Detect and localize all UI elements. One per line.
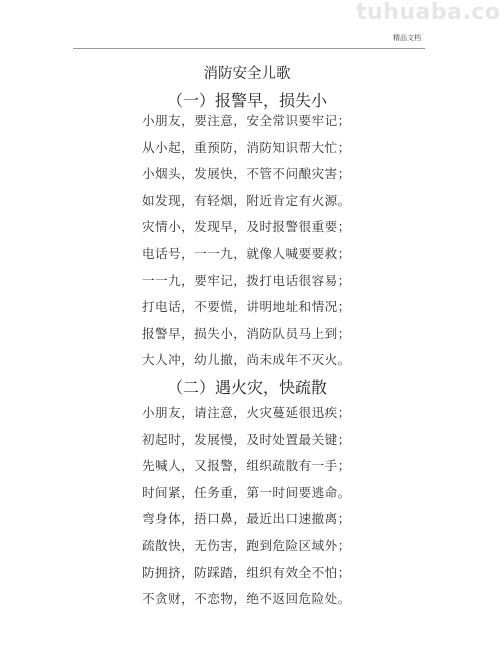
poem-line: 从小起，重预防，消防知识帮大忙； (142, 135, 382, 162)
poem-line: 一一九，要牢记，拨打电话很容易； (142, 268, 382, 295)
poem-line: 灾情小，发现早，及时报警很重要； (142, 214, 382, 241)
poem-line: 小朋友，要注意，安全常识要牢记； (142, 108, 382, 135)
poem-line: 弯身体，捂口鼻，最近出口速撤离； (142, 506, 382, 533)
poem-line: 打电话，不要慌，讲明地址和情况； (142, 294, 382, 321)
poem-line: 小朋友，请注意，火灾蔓延很迅疾； (142, 400, 382, 427)
poem-line: 电话号，一一九，就像人喊要要救； (142, 241, 382, 268)
poem-line: 时间紧，任务重，第一时间要逃命。 (142, 480, 382, 507)
poem-line: 小烟头，发展快，不管不问酿灾害； (142, 161, 382, 188)
poem-section-1: 小朋友，要注意，安全常识要牢记； 从小起，重预防，消防知识帮大忙； 小烟头，发展… (142, 108, 382, 374)
poem-line: 先喊人，又报警，组织疏散有一手； (142, 453, 382, 480)
poem-line: 如发现，有轻烟，附近肯定有火源。 (142, 188, 382, 215)
watermark-text: tuhuaba.com (356, 0, 500, 26)
poem-section-2: 小朋友，请注意，火灾蔓延很迅疾； 初起时，发展慢，及时处置最关键； 先喊人，又报… (142, 400, 382, 613)
poem-line: 疏散快，无伤害，跑到危险区域外； (142, 533, 382, 560)
poem-line: 防拥挤，防踩踏，组织有效全不怕； (142, 560, 382, 587)
page-header: 精品文档 (73, 30, 425, 49)
poem-line: 初起时，发展慢，及时处置最关键； (142, 427, 382, 454)
document-title: 消防安全儿歌 (0, 64, 494, 84)
poem-line: 不贪财，不恋物，绝不返回危险处。 (142, 586, 382, 613)
poem-line: 大人冲，幼儿撤，尚未成年不灭火。 (142, 347, 382, 374)
section-heading-2: （二）遇火灾，快疏散 (0, 377, 494, 399)
header-label: 精品文档 (393, 33, 421, 43)
poem-line: 报警早，损失小，消防队员马上到； (142, 321, 382, 348)
